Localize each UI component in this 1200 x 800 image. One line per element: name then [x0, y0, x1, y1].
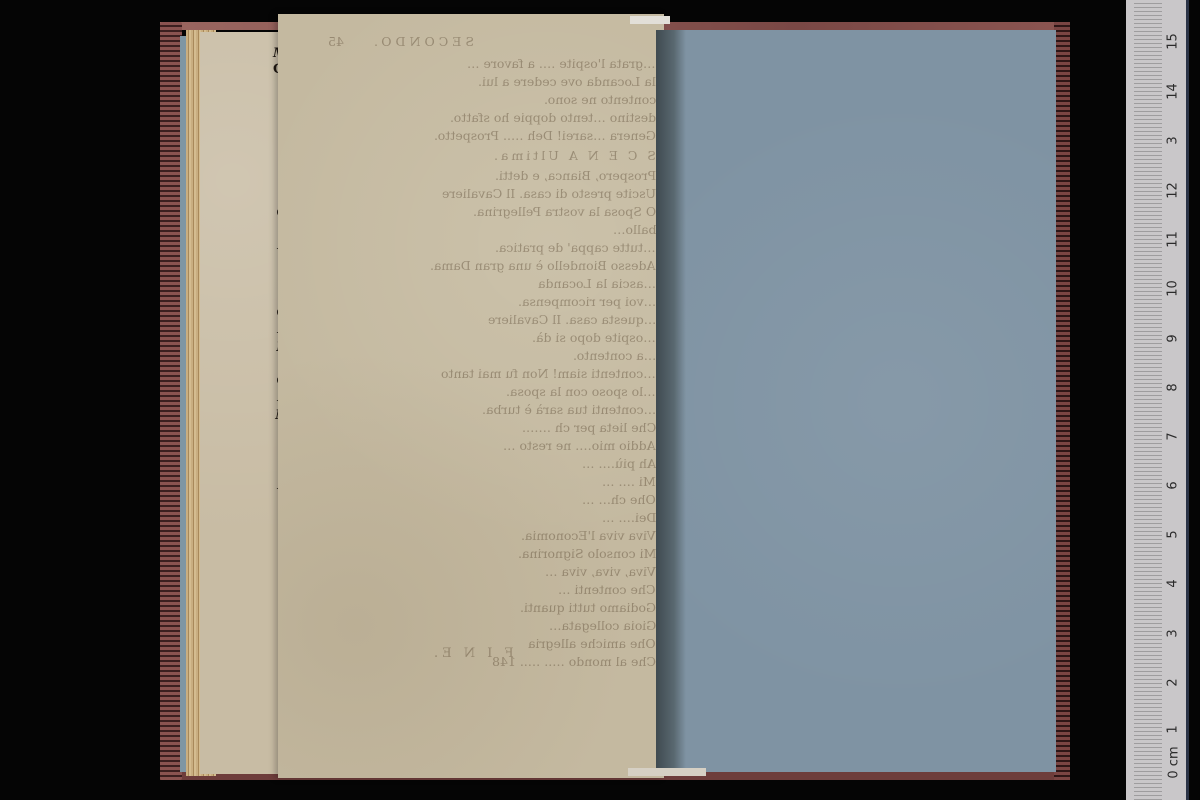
- ghost-line: …questa casa. Il Cavaliere: [488, 312, 656, 327]
- ruler-ticks: [1134, 0, 1162, 800]
- ghost-page-number: 45: [328, 34, 344, 49]
- ghost-line: Ohe amiche allegria: [528, 636, 656, 651]
- ghost-line: contento ne sono.: [544, 92, 656, 107]
- ghost-line: la Locanda ove cedere a lui.: [478, 74, 656, 89]
- ghost-line: Dei…. …: [602, 510, 656, 525]
- paper-tab-bottom: [628, 768, 706, 776]
- ruler-label: 11: [1166, 229, 1181, 251]
- ghost-line: destino …tento doppie ho sfatto.: [450, 110, 656, 125]
- middle-page-ghost-print: 45 SECONDO. …grata l'ospite …. a favore …: [278, 14, 664, 778]
- ghost-line: …lo sposo con la sposa.: [506, 384, 656, 399]
- blue-endpaper-page: [664, 30, 1056, 772]
- ghost-line: …contenti siam! Non fu mai tanto: [441, 366, 656, 381]
- ghost-line: Viva viva l'Economia.: [521, 528, 656, 543]
- centimeter-ruler: 0 cm 1 2 3 4 5 6 7 8 9 10 11 12 3 14 15: [1126, 0, 1189, 800]
- ghost-line: Adesso Biondello è una gran Dama.: [430, 258, 656, 273]
- ruler-label: 15: [1166, 31, 1181, 53]
- paper-tab-top: [630, 16, 670, 24]
- ghost-line: Che contenti …: [558, 582, 656, 597]
- ghost-line: Che lieta per ch …….: [522, 420, 656, 435]
- ghost-line: Ah più…. …: [582, 456, 656, 471]
- ruler-label: 9: [1166, 328, 1181, 350]
- ghost-line: …contenti tua sarà è turba.: [482, 402, 656, 417]
- ghost-line: …a contento.: [573, 348, 656, 363]
- ruler-label: 4: [1166, 573, 1181, 595]
- ghost-header: SECONDO.: [370, 34, 474, 49]
- ghost-line: …ospite dopo si dà.: [532, 330, 656, 345]
- ghost-line: …voi per ricompensa.: [518, 294, 656, 309]
- ghost-line: O Sposa la vostra Pellegrina.: [473, 204, 656, 219]
- gutter-shadow: [656, 30, 686, 774]
- cover-board-left-edge: [160, 22, 182, 780]
- ruler-label: 7: [1166, 426, 1181, 448]
- ruler-label: 1: [1166, 719, 1181, 741]
- ghost-line: Prospero, Bianca, e detti.: [495, 168, 656, 183]
- ghost-line: Che al mondo ….. ….. 148: [492, 654, 656, 669]
- ghost-line: Ohe ch… …: [582, 492, 656, 507]
- ghost-line: …tutte cappa' de pratica.: [495, 240, 656, 255]
- ruler-label: 12: [1166, 180, 1181, 202]
- ruler-label: 8: [1166, 377, 1181, 399]
- cover-board-right-edge: [1054, 22, 1070, 780]
- ghost-line: Godiamo tutti quanti.: [520, 600, 656, 615]
- ruler-label: 6: [1166, 475, 1181, 497]
- ruler-label: 14: [1166, 81, 1181, 103]
- ghost-line: Genera …sarei! Deh ….. Prospetto.: [434, 128, 656, 143]
- ghost-line: …ascia la Locanda: [538, 276, 656, 291]
- ghost-line: ballo…: [613, 222, 656, 237]
- ruler-unit-label: 0 cm: [1167, 745, 1182, 781]
- ghost-line: Gioia collegata…: [549, 618, 656, 633]
- ruler-label: 2: [1166, 672, 1181, 694]
- ruler-label: 3: [1166, 130, 1181, 152]
- ghost-scene-title: S C E N A Ultima.: [491, 148, 656, 163]
- ghost-line: Mi consolo Signorina.: [518, 546, 656, 561]
- ruler-label: 5: [1166, 524, 1181, 546]
- ruler-label: 3: [1166, 623, 1181, 645]
- ghost-line: …grata l'ospite …. a favore …: [467, 56, 656, 71]
- ghost-line: Viva, viva, viva …: [545, 564, 656, 579]
- ruler-label: 10: [1166, 278, 1181, 300]
- ghost-footer: F I N E.: [430, 646, 514, 661]
- ghost-line: Mi …. …: [602, 474, 656, 489]
- ghost-line: Addio mio…. ne resto …: [503, 438, 656, 453]
- ghost-line: Uscite presto di casa. Il Cavaliere: [442, 186, 656, 201]
